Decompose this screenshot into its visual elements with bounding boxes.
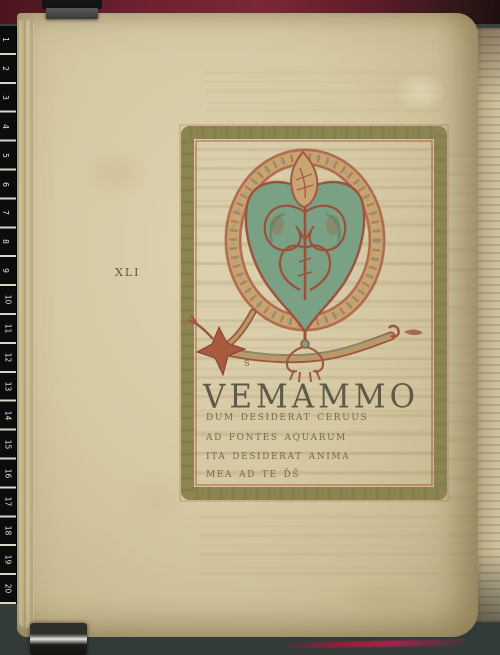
- psalm-text-line: ita desiderat anima: [206, 447, 350, 463]
- ruler-number: 14: [3, 410, 12, 420]
- ruler-number: 3: [1, 95, 10, 100]
- ruler-number: 9: [1, 268, 10, 273]
- ruler-number: 15: [3, 439, 12, 449]
- clip-body: [46, 8, 98, 19]
- ruler-number: 11: [3, 324, 12, 334]
- ruler-number: 13: [3, 382, 12, 392]
- psalm-text-line: ad fontes aquarum: [206, 428, 347, 444]
- initial-q: [189, 149, 423, 382]
- tail-letter-annotation: s: [244, 356, 250, 369]
- ruler-number: 5: [1, 153, 10, 158]
- manuscript-photo: XLI VEMAMMO dum desiderat ceruus ad font…: [0, 0, 500, 655]
- ruler-number: 2: [1, 66, 10, 71]
- binding-clip-bottom: [30, 623, 87, 655]
- ruler-number: 20: [3, 584, 12, 594]
- psalm-number-label: XLI: [115, 266, 140, 279]
- illumination-artwork: [0, 0, 500, 655]
- ruler-number: 1: [1, 37, 10, 42]
- binding-clip-top: [42, 0, 102, 20]
- psalm-text-line: dum desiderat ceruus: [206, 408, 368, 424]
- ruler-number: 16: [3, 468, 12, 478]
- ruler-number: 19: [3, 555, 12, 565]
- ruler-number: 10: [3, 295, 12, 305]
- ruler-number: 4: [1, 124, 10, 129]
- ruler-number: 8: [1, 239, 10, 244]
- ruler-number: 6: [1, 182, 10, 187]
- measuring-ruler: 1234567891011121314151617181920: [0, 26, 17, 604]
- ruler-number: 17: [3, 497, 12, 507]
- ruler-number: 7: [1, 211, 10, 216]
- ruler-number: 18: [3, 526, 12, 536]
- ruler-ticks: [0, 26, 16, 604]
- psalm-text-line: mea ad te d̄s̄: [206, 465, 300, 481]
- ruler-number: 12: [3, 353, 12, 363]
